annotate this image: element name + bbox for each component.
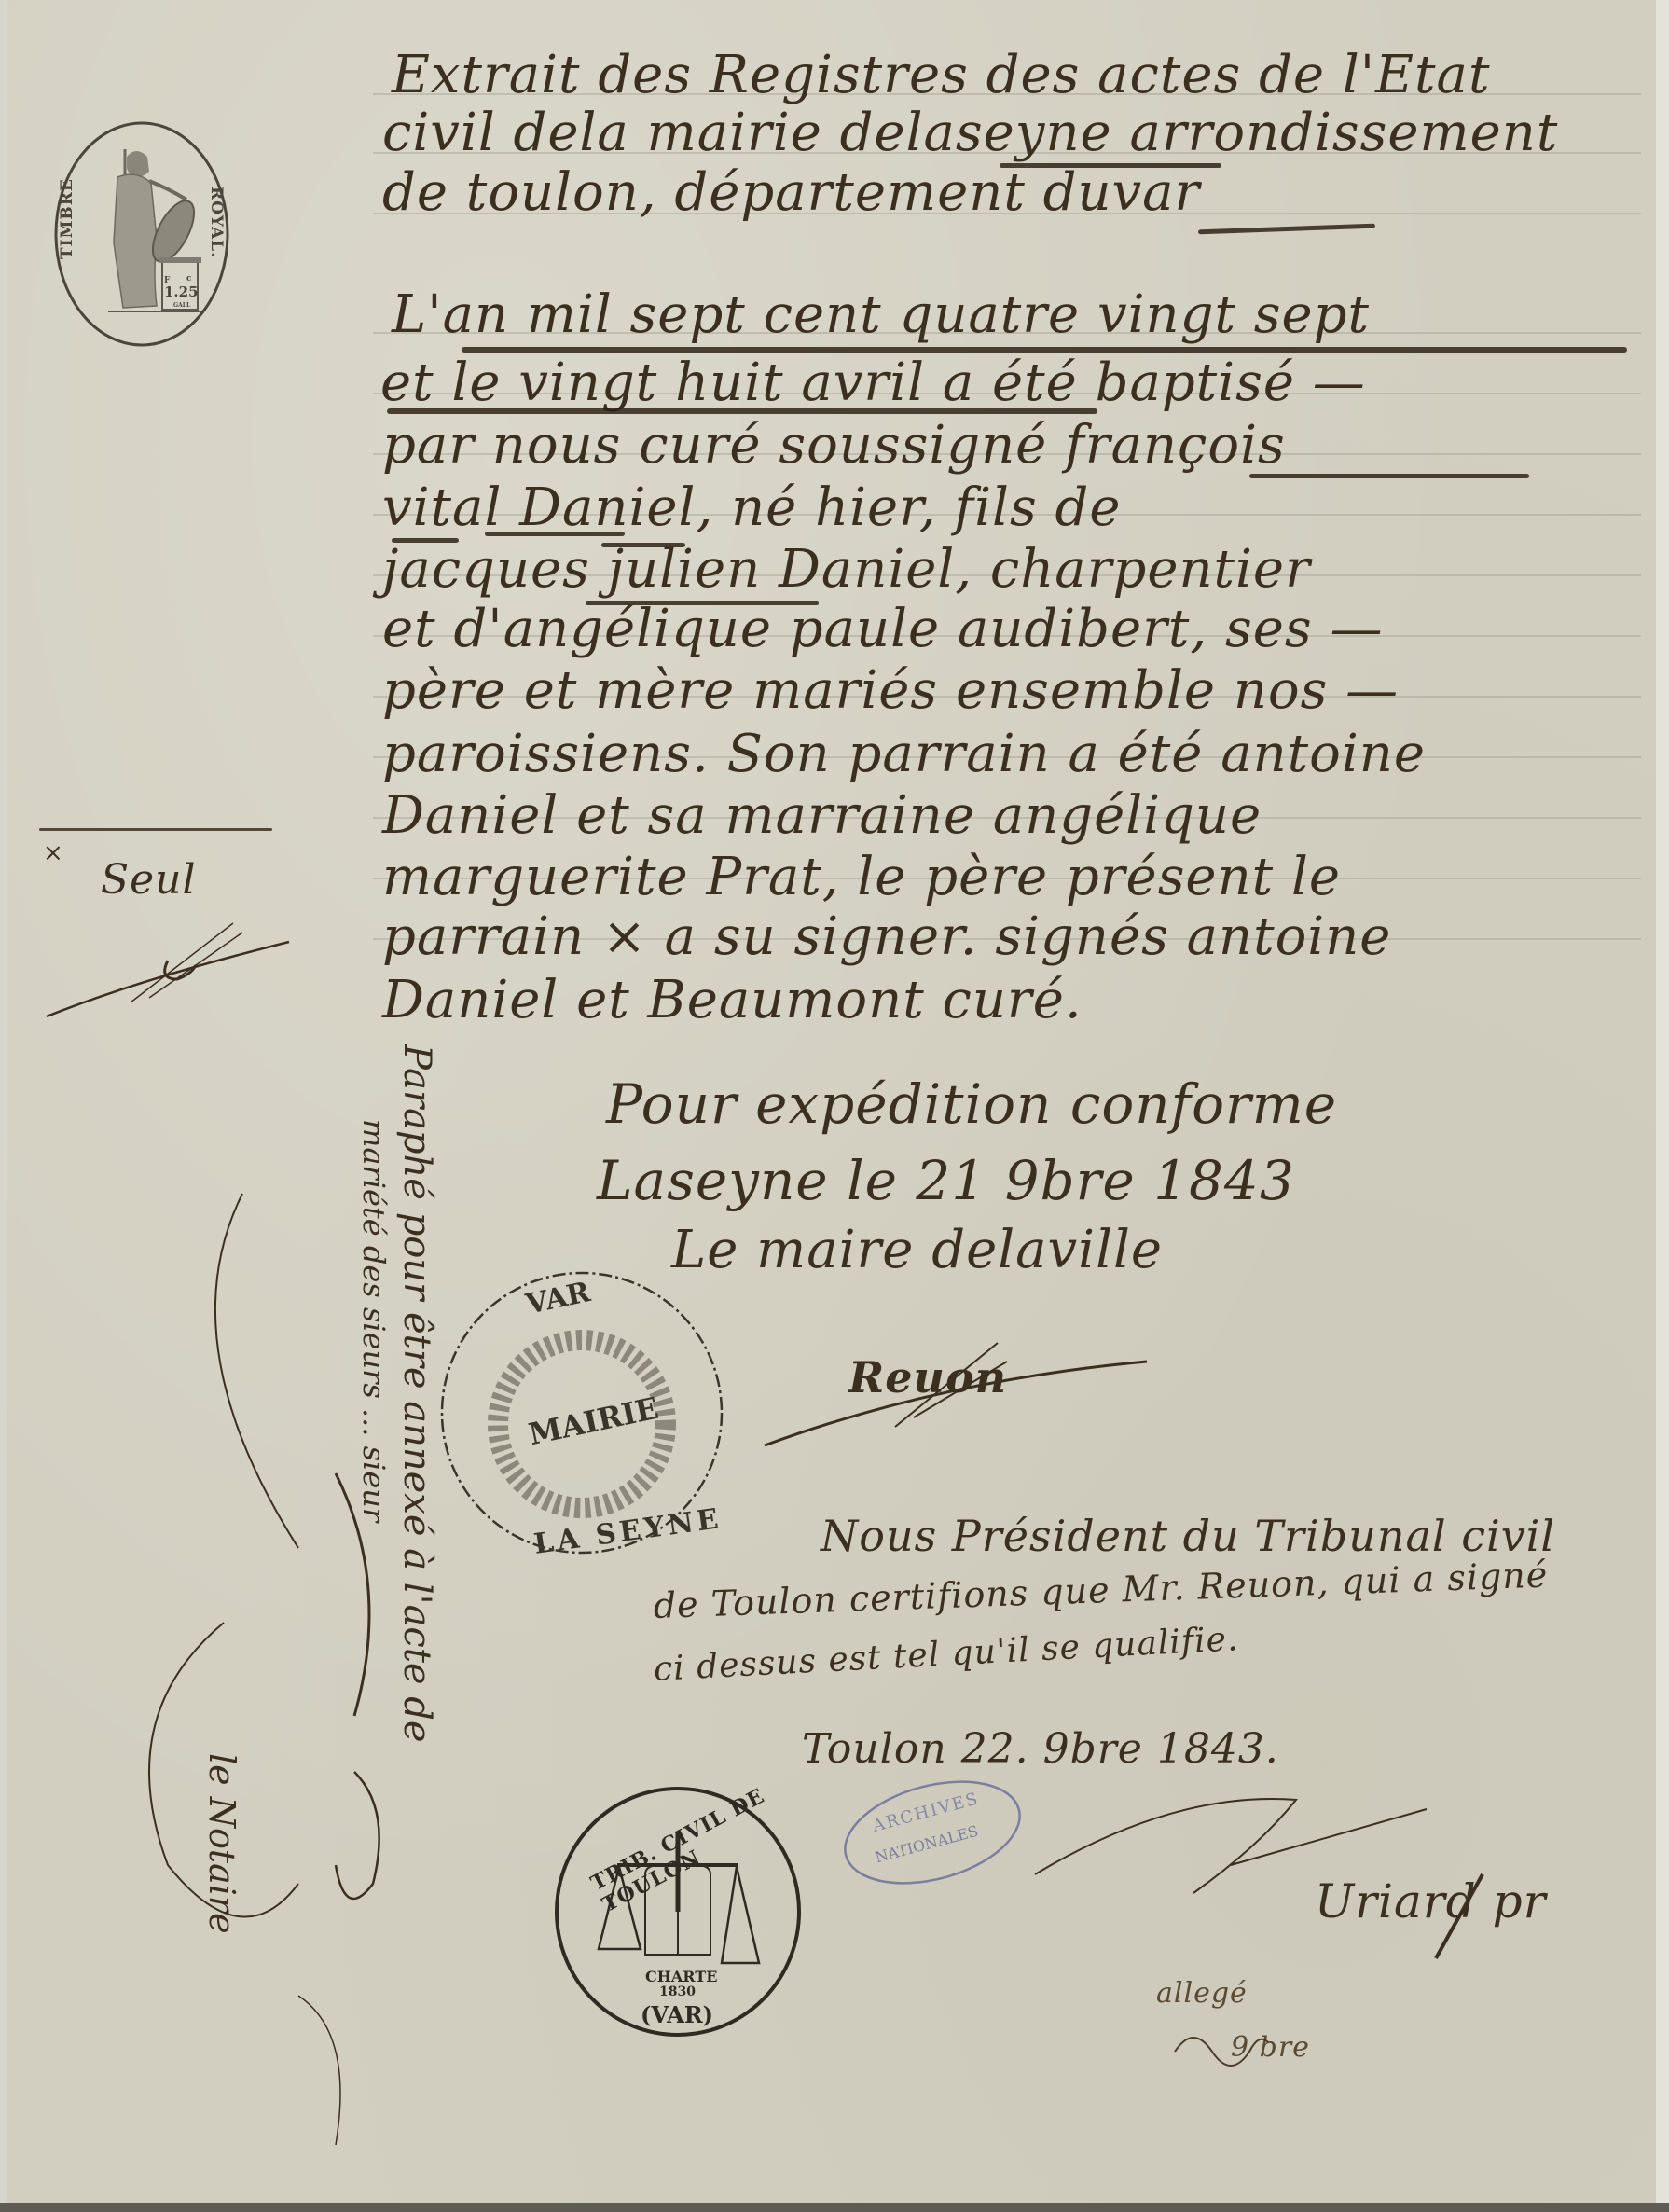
timbre-left-label: TIMBRE	[58, 178, 76, 259]
header-line-3: de toulon, département duvar	[382, 162, 1200, 223]
margin-signatures-flourish-icon	[56, 1063, 466, 2182]
body-line-7: père et mère mariés ensemble nos —	[382, 660, 1399, 721]
body-line-12: Daniel et Beaumont curé.	[382, 970, 1083, 1030]
margin-rule	[39, 828, 272, 831]
certification-line-1: Pour expédition conforme	[606, 1072, 1337, 1136]
mayor-signature-text: Reuon	[848, 1352, 1007, 1403]
underline-laseyne	[1000, 163, 1221, 168]
tribunal-stamp-center-1: CHARTE	[645, 1968, 717, 1985]
body-line-1: L'an mil sept cent quatre vingt sept	[392, 284, 1370, 345]
tribunal-line-1: Nous Président du Tribunal civil	[821, 1511, 1555, 1561]
certification-line-3: Le maire delaville	[671, 1220, 1163, 1280]
body-line-2: et le vingt huit avril a été baptisé —	[380, 353, 1366, 413]
body-line-10: marguerite Prat, le père présent le	[382, 847, 1341, 907]
header-line-2: civil dela mairie delaseyne arrondisseme…	[382, 103, 1558, 163]
tribunal-stamp-bottom: (VAR)	[641, 2001, 713, 2028]
header-line-1: Extrait des Registres des actes de l'Eta…	[392, 45, 1490, 105]
president-signature: Uriard pr	[1026, 1772, 1604, 1977]
body-line-5: jacques julien Daniel, charpentier	[382, 539, 1311, 600]
timbre-value: 1.25	[164, 283, 199, 300]
annotation-line-1: allegé	[1156, 1977, 1248, 2010]
body-line-11: parrain × a su signer. signés antoine	[382, 906, 1391, 967]
tribunal-line-4: Toulon 22. 9bre 1843.	[802, 1725, 1279, 1773]
margin-word: Seul	[101, 856, 197, 904]
timbre-cent-mark: c	[186, 274, 191, 283]
timbre-royal-stamp: TIMBRE ROYAL. F c 1.25 GALL	[52, 119, 231, 349]
underline-daniel	[485, 532, 625, 536]
scan-margin-bottom	[0, 2203, 1669, 2212]
body-line-8: paroissiens. Son parrain a été antoine	[382, 724, 1426, 784]
mairie-stamp: VAR MAIRIE LA SEYNE	[434, 1264, 724, 1562]
body-line-6: et d'angélique paule audibert, ses —	[382, 599, 1383, 659]
underline-francois	[1249, 474, 1529, 478]
paper-left-edge	[0, 0, 7, 2203]
body-line-4: vital Daniel, né hier, fils de	[382, 477, 1121, 538]
body-line-9: Daniel et sa marraine angélique	[382, 785, 1262, 846]
president-signature-text: Uriard pr	[1315, 1874, 1547, 1929]
body-line-3: par nous curé soussigné françois	[382, 415, 1286, 476]
timbre-right-label: ROYAL.	[207, 187, 226, 258]
margin-initials-flourish-icon	[28, 923, 289, 1044]
margin-mark: ×	[43, 839, 64, 867]
mayor-signature: Reuon	[755, 1315, 1203, 1464]
scan-margin-right	[1656, 0, 1669, 2203]
timbre-seal-icon	[52, 119, 231, 349]
tribunal-stamp-center-2: 1830	[659, 1984, 696, 1999]
annotation-scribble-icon	[1166, 2014, 1277, 2070]
certification-line-2: Laseyne le 21 9bre 1843	[597, 1149, 1295, 1212]
tribunal-stamp: TRIB. CIVIL DE TOULON CHARTE 1830 (VAR)	[552, 1781, 804, 2038]
timbre-maker: GALL	[173, 302, 190, 309]
underline-date-day	[387, 408, 1097, 414]
